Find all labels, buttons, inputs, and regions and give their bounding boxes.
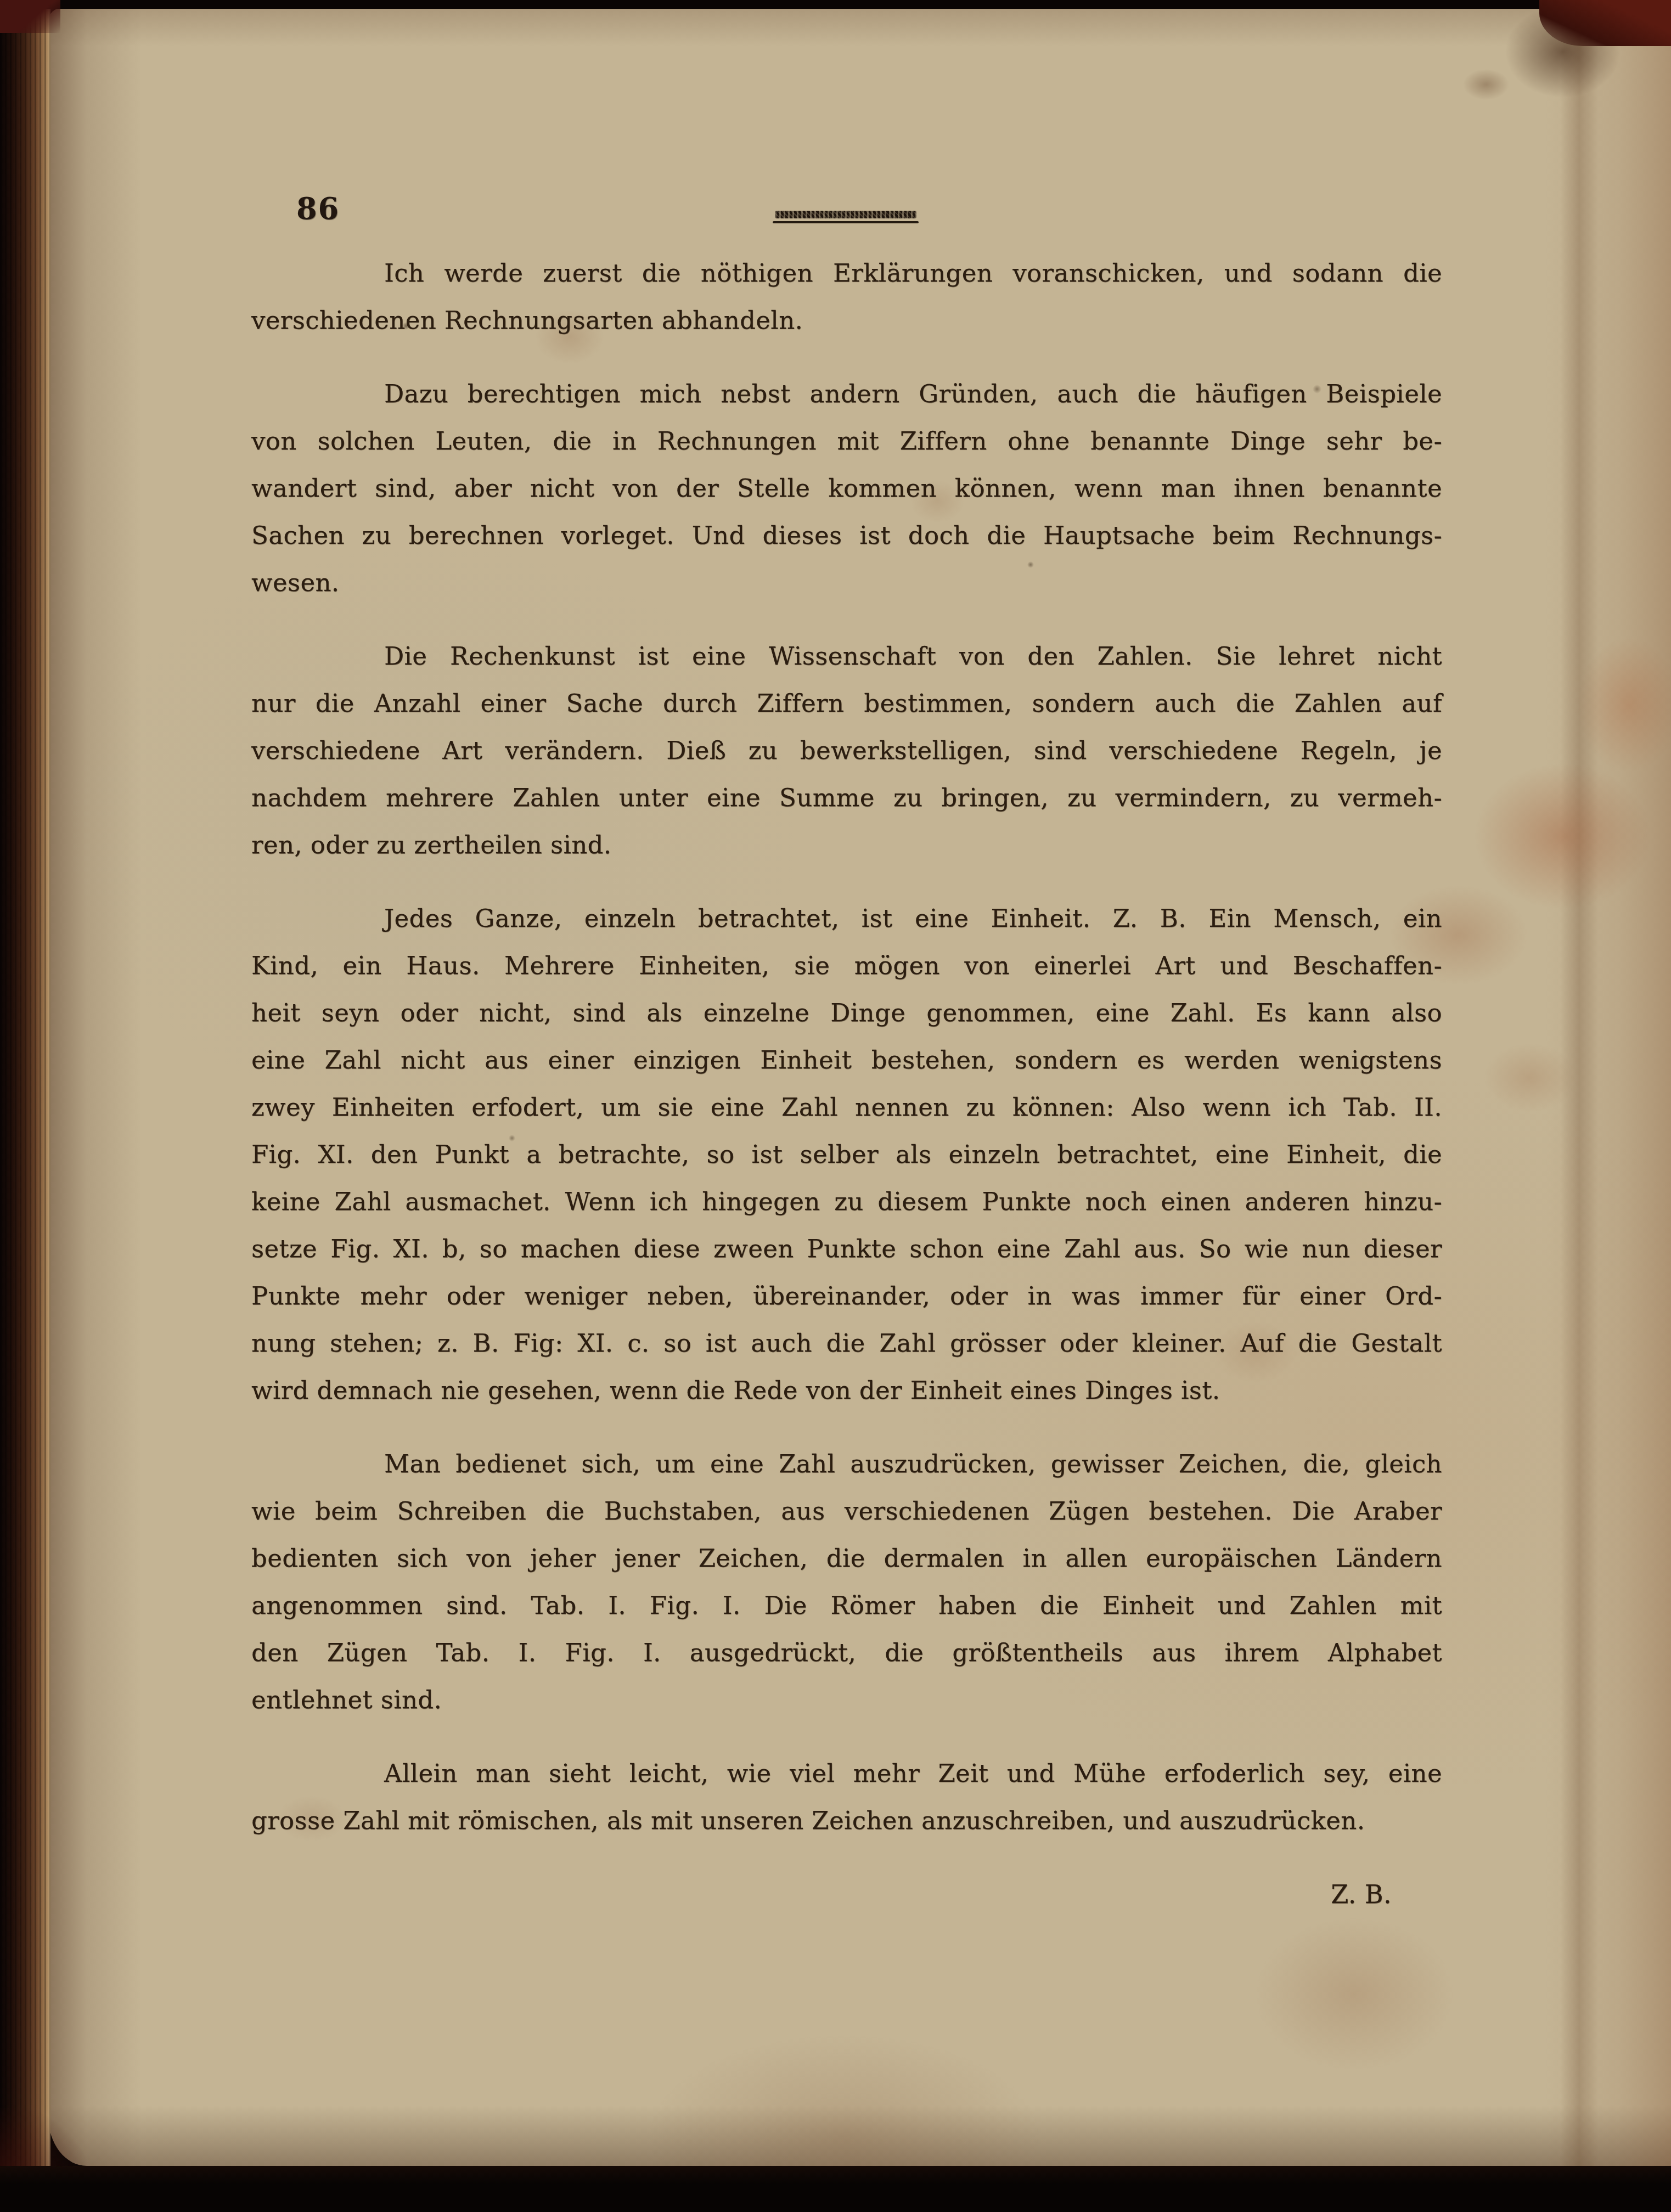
text-line: Allein man sieht leicht, wie viel mehr Z… (251, 1750, 1442, 1797)
body-text-block: Ich werde zuerst die nöthigen Erklärunge… (251, 250, 1442, 1918)
catchword: Z. B. (251, 1871, 1442, 1918)
paragraph: Dazu berechtigen mich nebst andern Gründ… (251, 370, 1442, 606)
text-line: verschiedenen Rechnungsarten abhandeln. (251, 297, 1442, 344)
text-line: Ich werde zuerst die nöthigen Erklärunge… (251, 250, 1442, 297)
scan-bottom-edge (0, 2166, 1671, 2212)
text-line: Punkte mehr oder weniger neben, übereina… (251, 1273, 1442, 1320)
text-line: wird demnach nie gesehen, wenn die Rede … (251, 1367, 1442, 1414)
text-line: wesen. (251, 559, 1442, 606)
text-line: verschiedene Art verändern. Dieß zu bewe… (251, 727, 1442, 774)
text-line: nachdem mehrere Zahlen unter eine Summe … (251, 774, 1442, 821)
text-line: wandert sind, aber nicht von der Stelle … (251, 465, 1442, 512)
paragraph: Jedes Ganze, einzeln betrachtet, ist ein… (251, 895, 1442, 1414)
text-line: grosse Zahl mit römischen, als mit unser… (251, 1797, 1442, 1844)
scan-top-edge (0, 0, 1671, 9)
text-line: wie beim Schreiben die Buchstaben, aus v… (251, 1488, 1442, 1535)
paragraph: Ich werde zuerst die nöthigen Erklärunge… (251, 250, 1442, 344)
text-line: zwey Einheiten erfodert, um sie eine Zah… (251, 1084, 1442, 1131)
text-line: den Zügen Tab. I. Fig. I. ausgedrückt, d… (251, 1629, 1442, 1676)
text-line: nur die Anzahl einer Sache durch Ziffern… (251, 680, 1442, 727)
text-line: Sachen zu berechnen vorleget. Und dieses… (251, 512, 1442, 559)
text-line: heit seyn oder nicht, sind als einzelne … (251, 989, 1442, 1037)
text-line: ren, oder zu zertheilen sind. (251, 821, 1442, 869)
paragraph: Allein man sieht leicht, wie viel mehr Z… (251, 1750, 1442, 1844)
page-number: 86 (296, 191, 340, 226)
text-line: setze Fig. XI. b, so machen diese zween … (251, 1225, 1442, 1273)
paragraph: Die Rechenkunst ist eine Wissenschaft vo… (251, 633, 1442, 869)
cover-corner-top-left (0, 0, 60, 33)
cover-corner-top-right (1539, 0, 1671, 46)
text-line: eine Zahl nicht aus einer einzigen Einhe… (251, 1037, 1442, 1084)
text-line: von solchen Leuten, die in Rechnungen mi… (251, 418, 1442, 465)
book-binding-edge (0, 0, 50, 2212)
text-line: Fig. XI. den Punkt a betrachte, so ist s… (251, 1131, 1442, 1178)
text-line: keine Zahl ausmachet. Wenn ich hingegen … (251, 1178, 1442, 1225)
ornament-thin-rule (773, 221, 919, 223)
text-line: bedienten sich von jeher jener Zeichen, … (251, 1535, 1442, 1582)
text-line: Jedes Ganze, einzeln betrachtet, ist ein… (251, 895, 1442, 942)
text-line: Kind, ein Haus. Mehrere Einheiten, sie m… (251, 942, 1442, 989)
text-line: nung stehen; z. B. Fig: XI. c. so ist au… (251, 1320, 1442, 1367)
header-ornament-rule (773, 211, 919, 227)
text-line: angenommen sind. Tab. I. Fig. I. Die Röm… (251, 1582, 1442, 1629)
text-line: Die Rechenkunst ist eine Wissenschaft vo… (251, 633, 1442, 680)
book-page-scan: 86 Ich werde zuerst die nöthigen Erkläru… (0, 0, 1671, 2212)
ornament-braided-bar (775, 211, 916, 218)
text-line: entlehnet sind. (251, 1676, 1442, 1724)
paragraph: Man bedienet sich, um eine Zahl auszudrü… (251, 1440, 1442, 1724)
text-line: Dazu berechtigen mich nebst andern Gründ… (251, 370, 1442, 418)
text-line: Man bedienet sich, um eine Zahl auszudrü… (251, 1440, 1442, 1488)
